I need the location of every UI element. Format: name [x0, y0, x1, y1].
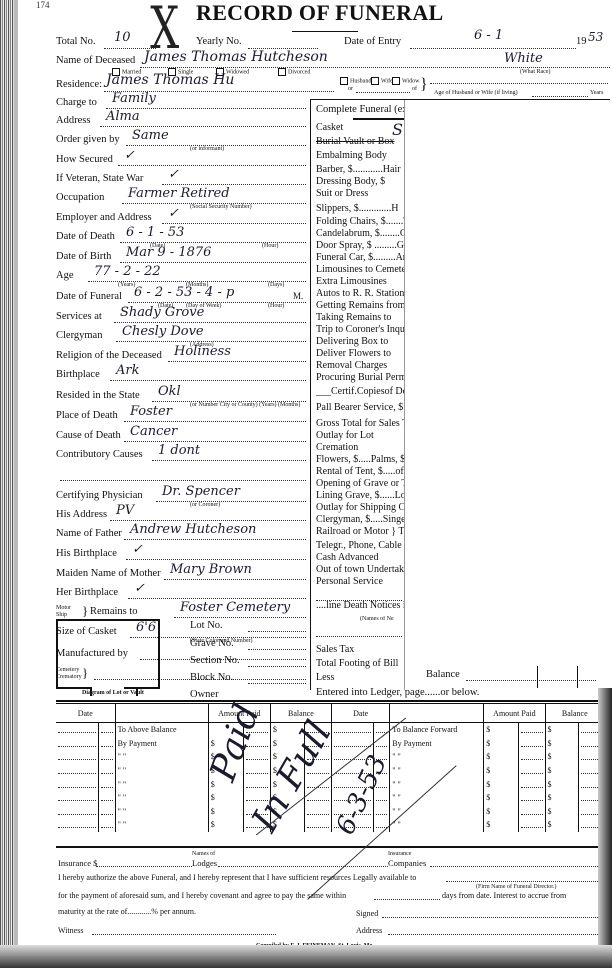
lot-item-label: Owner — [190, 689, 219, 700]
field-caption: (Days) — [268, 282, 284, 288]
ledger-balance-cell[interactable]: $ — [545, 818, 579, 832]
ledger-balance-cell[interactable]: $ — [545, 777, 579, 791]
charge-item: Delivering Box to — [316, 336, 404, 347]
field-label: Charge to — [56, 97, 97, 108]
ledger-amount-cell[interactable]: $ — [208, 818, 243, 832]
field-line — [174, 617, 306, 618]
field-label: Clergyman — [56, 330, 102, 341]
charge-item: Casket — [316, 122, 404, 133]
ledger-amount-cell[interactable]: $ — [484, 750, 519, 764]
insurance-label: Insurance $ — [58, 858, 97, 868]
field-value[interactable]: 77 - 2 - 22 — [94, 264, 161, 279]
ledger-date-cell[interactable] — [99, 737, 115, 751]
ledger-balance-header: Balance — [545, 704, 604, 723]
maturity-text: maturity at the rate of............% per… — [58, 907, 196, 916]
field-suffix: M. — [293, 291, 303, 301]
field-value[interactable]: ✓ — [124, 148, 135, 163]
field-value[interactable]: Okl — [158, 384, 181, 399]
field-label: Place of Death — [56, 410, 118, 421]
field-line — [114, 322, 306, 323]
field-label: Birthplace — [56, 369, 100, 380]
ledger-amount-header: Amount Paid — [484, 704, 545, 723]
field-value[interactable]: ✓ — [168, 206, 179, 221]
days-text: days from date. Interest to accrue from — [442, 891, 566, 900]
charge-item: Sales Tax — [316, 644, 404, 655]
field-line — [124, 441, 306, 442]
field-label: If Veteran, State War — [56, 173, 143, 184]
field-label: Contributory Causes — [56, 449, 143, 460]
charge-item: Slippers, $.............H — [316, 203, 404, 214]
field-line — [124, 421, 306, 422]
witness-label: Witness — [58, 926, 83, 935]
casket-mark: S — [392, 120, 403, 139]
ledger-date-cell[interactable] — [99, 764, 115, 778]
ledger-amount-cell[interactable] — [518, 791, 545, 805]
spouse-line — [356, 92, 410, 93]
ledger-description-cell: " " — [390, 764, 484, 778]
charge-item: Out of town Undertaker's — [316, 564, 404, 575]
ledger-date-header: Date — [332, 704, 390, 723]
field-label: Certifying Physician — [56, 490, 143, 501]
covenant-text: for the payment of aforesaid sum, and I … — [58, 891, 346, 900]
field-label: Date of Birth — [56, 251, 111, 262]
field-line — [120, 262, 306, 263]
charge-item: Removal Charges — [316, 360, 404, 371]
field-value[interactable]: 1 dont — [158, 443, 200, 458]
book-binding-shadow — [14, 0, 18, 968]
balance-label: Balance — [426, 669, 460, 680]
ledger-date-cell[interactable] — [99, 805, 115, 819]
charge-item: Folding Chairs, $.......T — [316, 216, 404, 227]
field-value[interactable]: Holiness — [174, 344, 231, 359]
field-line — [60, 480, 306, 481]
field-label: How Secured — [56, 154, 113, 165]
residence-value[interactable]: James Thomas Hu — [106, 72, 234, 88]
ledger-amount-cell[interactable]: $ — [484, 723, 519, 737]
charge-item: (Names of Ne — [360, 616, 448, 622]
charge-item: Pall Bearer Service, $ — [316, 402, 404, 413]
lot-item-line[interactable] — [248, 649, 306, 650]
page-title: RECORD OF FUNERAL — [196, 0, 444, 26]
field-label: Services at — [56, 311, 102, 322]
charge-item: Opening of Grave or Tom — [316, 478, 404, 489]
ledger-amount-cell[interactable]: $ — [484, 737, 519, 751]
ledger-description-cell: To Balance Forward — [390, 723, 484, 737]
charge-item: ___Certif.Copiesof Death — [316, 386, 404, 397]
ledger-description-cell: " " — [115, 805, 208, 819]
charge-item: Railroad or Motor } Tickets, $ — [316, 526, 404, 537]
ledger-date-cell[interactable] — [56, 805, 99, 819]
race-caption: (What Race) — [520, 69, 550, 75]
ledger-date-cell[interactable] — [99, 818, 115, 832]
ledger-description-cell: " " — [115, 764, 208, 778]
ledger-date-cell[interactable] — [56, 723, 99, 737]
field-value[interactable]: PV — [116, 503, 134, 518]
field-value[interactable]: Chesly Dove — [122, 324, 204, 339]
lot-item-line[interactable] — [248, 683, 306, 684]
ledger-balance-cell[interactable]: $ — [545, 750, 579, 764]
charge-item: Flowers, $.....Palms, $ — [316, 454, 404, 465]
deceased-name-value[interactable]: James Thomas Hutcheson — [144, 49, 328, 65]
ledger-amount-cell[interactable]: $ — [484, 818, 519, 832]
ledger-balance-cell[interactable] — [305, 818, 332, 832]
lot-diagram-box[interactable] — [56, 619, 160, 689]
field-prefix-top: Motor — [56, 605, 71, 611]
field-line — [110, 520, 306, 521]
ledger-amount-cell[interactable] — [518, 737, 545, 751]
charge-item: Embalming Body — [316, 150, 404, 161]
ledger-date-cell[interactable] — [56, 737, 99, 751]
field-line — [152, 460, 306, 461]
charge-item: Outlay for Lot — [316, 430, 404, 441]
ledger-amount-cell[interactable]: $ — [484, 805, 519, 819]
ledger-amount-cell[interactable]: $ — [208, 805, 243, 819]
total-no-label: Total No. — [56, 36, 96, 47]
companies-line — [430, 866, 602, 867]
balance-divider — [577, 666, 578, 688]
charges-panel-edge — [404, 100, 405, 690]
ledger-date-cell[interactable] — [99, 791, 115, 805]
ledger-description-cell: " " — [390, 777, 484, 791]
field-label: Occupation — [56, 192, 104, 203]
field-line — [168, 361, 306, 362]
spouse-age-caption: Age of Husband or Wife (if living) — [434, 90, 518, 96]
lodges-line — [218, 866, 388, 867]
ledger-entry-text: Entered into Ledger, page......or below. — [316, 687, 479, 698]
field-label: Resided in the State — [56, 390, 140, 401]
field-value[interactable]: Mary Brown — [170, 562, 252, 577]
ledger-description-cell: By Payment — [115, 737, 208, 751]
companies-label: Companies — [388, 858, 426, 868]
race-value[interactable]: White — [504, 51, 543, 66]
ledger-date-cell[interactable] — [56, 791, 99, 805]
lot-item-line[interactable] — [248, 631, 306, 632]
ledger-description-cell: " " — [390, 818, 484, 832]
complete-funeral-header: Complete Funeral (except o — [316, 104, 404, 115]
ledger-date-cell[interactable] — [374, 805, 390, 819]
lodges-label: Lodges — [192, 858, 217, 868]
spouse-or: or — [348, 86, 353, 92]
name-of-deceased-label: Name of Deceased — [56, 55, 135, 66]
charge-item: Rental of Tent, $.....of T — [316, 466, 404, 477]
ledger-bottom-rule — [56, 846, 604, 848]
field-line — [118, 165, 306, 166]
ledger-balance-cell[interactable]: $ — [545, 723, 579, 737]
field-value[interactable]: Alma — [106, 109, 140, 124]
field-line — [128, 598, 306, 599]
ledger-description-cell: To Above Balance — [115, 723, 208, 737]
charge-item: Extra Limousines — [316, 276, 404, 287]
ledger-description-cell: " " — [115, 777, 208, 791]
insurance-line — [96, 866, 192, 867]
field-value[interactable]: 6 - 1 - 53 — [126, 225, 184, 240]
lot-item-line[interactable] — [248, 666, 306, 667]
ledger-date-cell[interactable] — [56, 818, 99, 832]
field-line — [110, 380, 306, 381]
ledger-amount-cell[interactable] — [518, 764, 545, 778]
ledger-amount-cell[interactable]: $ — [484, 764, 519, 778]
charge-item: Deliver Flowers to — [316, 348, 404, 359]
field-line — [164, 579, 306, 580]
ledger-description-cell: By Payment — [390, 737, 484, 751]
field-label: Order given by — [56, 134, 120, 145]
charge-item: Getting Remains from — [316, 300, 404, 311]
ledger-amount-cell[interactable] — [518, 750, 545, 764]
days-line — [374, 899, 440, 900]
charge-item: Less — [316, 672, 404, 683]
page-edge-shadow — [598, 688, 612, 968]
charge-item: Cremation — [316, 442, 404, 453]
field-label: Name of Father — [56, 528, 122, 539]
charge-item: Barber, $............Hair — [316, 164, 404, 175]
ledger-row: To Above Balance$ — [56, 723, 332, 737]
ledger-date-cell[interactable] — [99, 777, 115, 791]
field-value[interactable]: Dr. Spencer — [162, 484, 240, 499]
lot-item-label: Block No. — [190, 672, 233, 683]
field-brace: } — [82, 603, 88, 619]
ledger-date-cell[interactable] — [56, 777, 99, 791]
field-value[interactable]: ✓ — [134, 581, 145, 596]
field-value[interactable]: ✓ — [168, 167, 179, 182]
field-label: Remains to — [90, 606, 138, 617]
field-prefix-bottom: Ship — [56, 612, 67, 618]
field-label: His Birthplace — [56, 548, 117, 559]
ledger-amount-cell[interactable] — [518, 777, 545, 791]
record-stamp-number: 174 — [36, 0, 50, 10]
checkbox-widow[interactable]: Widow — [392, 77, 419, 85]
balance-divider — [537, 666, 538, 688]
checkbox-wife[interactable]: Wife — [371, 77, 393, 85]
field-line — [156, 501, 306, 502]
ledger-balance-cell[interactable]: $ — [545, 737, 579, 751]
ledger-description-cell: " " — [390, 791, 484, 805]
field-value[interactable]: Foster — [130, 404, 172, 419]
field-line — [124, 539, 306, 540]
date-of-entry-line — [410, 48, 576, 49]
field-label: Maiden Name of Mother — [56, 568, 161, 579]
charge-item: Limousines to Cemetery — [316, 264, 404, 275]
field-label: His Address — [56, 509, 107, 520]
field-label: Cause of Death — [56, 430, 121, 441]
ledger-date-cell[interactable] — [374, 737, 390, 751]
charge-item: Burial Vault or Box — [316, 136, 404, 147]
field-caption: (or Coroner) — [190, 502, 220, 508]
charge-item: Taking Remains to — [316, 312, 404, 323]
date-of-entry-label: Date of Entry — [344, 36, 401, 47]
charge-item: Lining Grave, $......Lo — [316, 490, 404, 501]
lot-item-label: Grave No. — [190, 638, 234, 649]
lodges-label-top: Names of — [192, 851, 215, 857]
checkbox-husband[interactable]: Husband — [340, 77, 371, 85]
field-value[interactable]: Ark — [116, 363, 139, 378]
charge-item: Candelabrum, $........C — [316, 228, 404, 239]
ledger-date-cell[interactable] — [374, 723, 390, 737]
firm-caption: (Firm Name of Funeral Director.) — [476, 884, 556, 890]
book-binding-edge — [0, 0, 14, 968]
ledger-date-cell[interactable] — [56, 750, 99, 764]
firm-line — [446, 881, 602, 882]
charge-item: ....line Death Notices i — [316, 600, 404, 611]
field-caption: (or informant) — [190, 146, 224, 152]
ledger-description-cell: " " — [115, 818, 208, 832]
ledger-description-cell: " " — [390, 750, 484, 764]
signed-line[interactable] — [382, 917, 602, 918]
field-label: Address — [56, 115, 90, 126]
ledger-description-cell: " " — [115, 791, 208, 805]
ledger-amount-cell[interactable]: $ — [208, 791, 243, 805]
field-label: Religion of the Deceased — [56, 350, 162, 361]
charge-item: Clergyman, $.....Singers — [316, 514, 404, 525]
ledger-top-rule — [56, 700, 604, 702]
charge-item: Door Spray, $ .........G — [316, 240, 404, 251]
ledger-amount-cell[interactable] — [518, 723, 545, 737]
yearly-no-label: Yearly No. — [196, 36, 242, 47]
field-value[interactable]: ✓ — [132, 542, 143, 557]
title-rule — [292, 31, 358, 32]
field-caption: (Hour) — [262, 243, 278, 249]
year-prefix: 19 — [576, 36, 587, 47]
field-value[interactable]: Same — [132, 128, 169, 143]
field-label: Date of Death — [56, 231, 115, 242]
charge-blank-line — [316, 636, 402, 637]
ledger-date-cell[interactable] — [99, 750, 115, 764]
field-caption: (Years) — [118, 282, 135, 288]
checkbox-divorced[interactable]: Divorced — [278, 68, 310, 76]
companies-label-top: Insurance — [388, 851, 411, 857]
lot-item-label: Lot No. — [190, 620, 223, 631]
ledger-balance-cell[interactable]: $ — [545, 764, 579, 778]
field-line — [162, 223, 306, 224]
field-caption: (Social Security Number) — [190, 204, 252, 210]
ledger-date-cell[interactable] — [374, 818, 390, 832]
field-label: Age — [56, 270, 74, 281]
charge-item: Suit or Dress — [316, 188, 404, 199]
ledger-description-cell: " " — [115, 750, 208, 764]
field-value[interactable]: Farmer Retired — [128, 186, 230, 201]
lot-item-label: Section No. — [190, 655, 240, 666]
brace: } — [420, 76, 428, 94]
field-value[interactable]: Family — [112, 91, 156, 106]
ledger-date-header: Date — [56, 704, 115, 723]
name-line — [140, 67, 610, 68]
ledger-balance-cell[interactable] — [305, 805, 332, 819]
spouse-age-line — [532, 96, 588, 97]
ledger-amount-cell[interactable]: $ — [484, 777, 519, 791]
field-value[interactable]: Andrew Hutcheson — [130, 522, 256, 537]
charge-item: Outlay for Shipping Char — [316, 502, 404, 513]
charge-item: Personal Service — [316, 576, 404, 587]
witness-line[interactable] — [92, 934, 276, 935]
date-of-entry-value[interactable]: 6 - 1 — [474, 28, 503, 43]
charge-item: Cash Advanced — [316, 552, 404, 563]
charge-item: Procuring Burial Permit — [316, 372, 404, 383]
charge-item: Total Footing of Bill — [316, 658, 404, 669]
field-line — [162, 184, 306, 185]
signed-label: Signed — [356, 909, 378, 918]
residence-label: Residence: — [56, 79, 102, 90]
field-caption: (Hour) — [268, 303, 284, 309]
ledger-row: To Balance Forward$$ — [332, 723, 604, 737]
spouse-of: of — [412, 86, 417, 92]
field-line — [126, 559, 306, 560]
ledger-balance-cell[interactable]: $ — [545, 791, 579, 805]
ledger-date-cell[interactable] — [56, 764, 99, 778]
field-value[interactable]: Cancer — [130, 424, 177, 439]
spouse-name-line — [430, 83, 608, 84]
field-label: Employer and Address — [56, 212, 152, 223]
field-label: Date of Funeral — [56, 291, 122, 302]
ledger-amount-cell[interactable] — [518, 818, 545, 832]
field-value[interactable]: Mar 9 - 1876 — [126, 245, 211, 260]
charge-item: Autos to R. R. Station — [316, 288, 404, 299]
diagram-caption: Diagram of Lot or Vault — [82, 690, 144, 696]
ledger-balance-cell[interactable]: $ — [545, 805, 579, 819]
address-line[interactable] — [388, 934, 602, 935]
ledger-date-cell[interactable] — [99, 723, 115, 737]
charge-item: Trip to Coroner's Inquest — [316, 324, 404, 335]
field-label: Her Birthplace — [56, 587, 118, 598]
field-caption: (or Number City or County) (Years) (Mont… — [190, 402, 300, 408]
page-bottom-shadow — [0, 945, 612, 968]
charge-item: Gross Total for Sales Tax — [316, 418, 404, 429]
ledger-row: " "$$ — [332, 818, 604, 832]
ledger-description-header — [115, 704, 208, 723]
address-label: Address — [356, 926, 382, 935]
total-no-value[interactable]: 10 — [114, 30, 131, 45]
charge-item: Funeral Car, $.........An — [316, 252, 404, 263]
field-value[interactable]: Foster Cemetery — [180, 600, 290, 615]
charge-item: Telegr., Phone, Cable or I — [316, 540, 404, 551]
field-value[interactable]: 6 - 2 - 53 - 4 - p — [134, 285, 234, 300]
year-value[interactable]: 53 — [588, 30, 603, 44]
ledger-amount-cell[interactable] — [518, 805, 545, 819]
years-caption: Years — [590, 90, 603, 96]
field-line — [100, 126, 306, 127]
authorize-text: I hereby authorize the above Funeral, an… — [58, 873, 416, 882]
ledger-amount-cell[interactable]: $ — [484, 791, 519, 805]
charge-item: Dressing Body, $ — [316, 176, 404, 187]
field-value[interactable]: Shady Grove — [120, 305, 204, 320]
